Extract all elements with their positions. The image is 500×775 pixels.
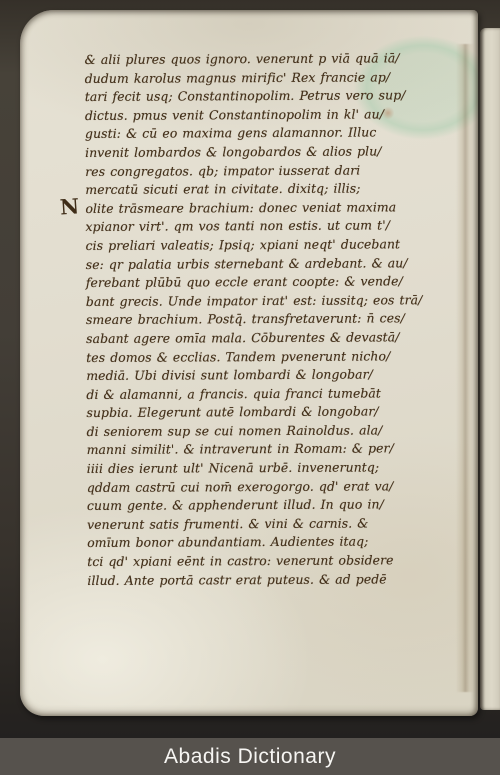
manuscript-line: tari fecit usq; Constantinopolim. Petrus…	[85, 86, 457, 107]
manuscript-line: se: qr palatia urbis sternebant & ardeba…	[86, 254, 458, 275]
manuscript-line: & alii plures quos ignoro. venerunt p vi…	[85, 49, 457, 70]
manuscript-line: cis preliari valeatis; Ipsiq; xpiani neq…	[86, 235, 458, 256]
page-crease	[456, 44, 474, 692]
manuscript-line: di seniorem sup se cui nomen Rainoldus. …	[87, 421, 459, 442]
footer-bar: Abadis Dictionary	[0, 738, 500, 775]
manuscript-line: gusti: & cū eo maxima gens alamannor. Il…	[85, 123, 457, 144]
manuscript-line: smeare brachium. Postq̄. transfretaverun…	[86, 309, 458, 330]
manuscript-line: xpianor virt'. qm vos tanti non estis. u…	[85, 216, 457, 237]
manuscript-line: sabant agere omīa mala. Cōburentes & dev…	[86, 328, 458, 349]
footer-title: Abadis Dictionary	[164, 745, 336, 769]
manuscript-line: iiii dies ierunt ult' Nicenā urbē. inven…	[87, 458, 459, 479]
manuscript-line: manni similit'. & intraverunt in Romam: …	[87, 439, 459, 460]
manuscript-line: olite trāsmeare brachium: donec veniat m…	[85, 198, 457, 219]
manuscript-line: qddam castrū cui nom̄ exerogorgo. qd' er…	[87, 477, 459, 498]
text-block: & alii plures quos ignoro. venerunt p vi…	[85, 49, 460, 590]
manuscript-line: mercatū sicuti erat in civitate. dixitq;…	[85, 179, 457, 200]
manuscript-line: illud. Ante portā castr erat puteus. & a…	[87, 570, 459, 591]
manuscript-line: omīum bonor abundantiam. Audientes itaq;	[87, 532, 459, 553]
manuscript-line: cuum gente. & apphenderunt illud. In quo…	[87, 495, 459, 516]
manuscript-line: tci qd' xpiani eēnt in castro: venerunt …	[87, 551, 459, 572]
manuscript-line: dictus. pmus venit Constantinopolim in k…	[85, 105, 457, 126]
manuscript-line: bant grecis. Unde impator irat' est: ius…	[86, 291, 458, 312]
manuscript-line: invenit lombardos & longobardos & alios …	[85, 142, 457, 163]
underlying-page-edge	[480, 28, 500, 710]
manuscript-line: ferebant plūbū quo eccle erant coopte: &…	[86, 272, 458, 293]
manuscript-page: N & alii plures quos ignoro. venerunt p …	[20, 10, 478, 716]
manuscript-line: mediā. Ubi divisi sunt lombardi & longob…	[86, 365, 458, 386]
manuscript-line: supbia. Elegerunt autē lombardi & longob…	[86, 402, 458, 423]
manuscript-photo: N & alii plures quos ignoro. venerunt p …	[0, 0, 500, 738]
manuscript-line: dudum karolus magnus mirific' Rex franci…	[85, 68, 457, 89]
manuscript-line: tes domos & ecclias. Tandem pvenerunt ni…	[86, 347, 458, 368]
screenshot-root: N & alii plures quos ignoro. venerunt p …	[0, 0, 500, 775]
manuscript-line: di & alamanni, a francis. quia franci tu…	[86, 384, 458, 405]
manuscript-line: res congregatos. qb; impator iusserat da…	[85, 161, 457, 182]
margin-initial: N	[59, 193, 80, 219]
manuscript-line: venerunt satis frumenti. & vini & carnis…	[87, 514, 459, 535]
